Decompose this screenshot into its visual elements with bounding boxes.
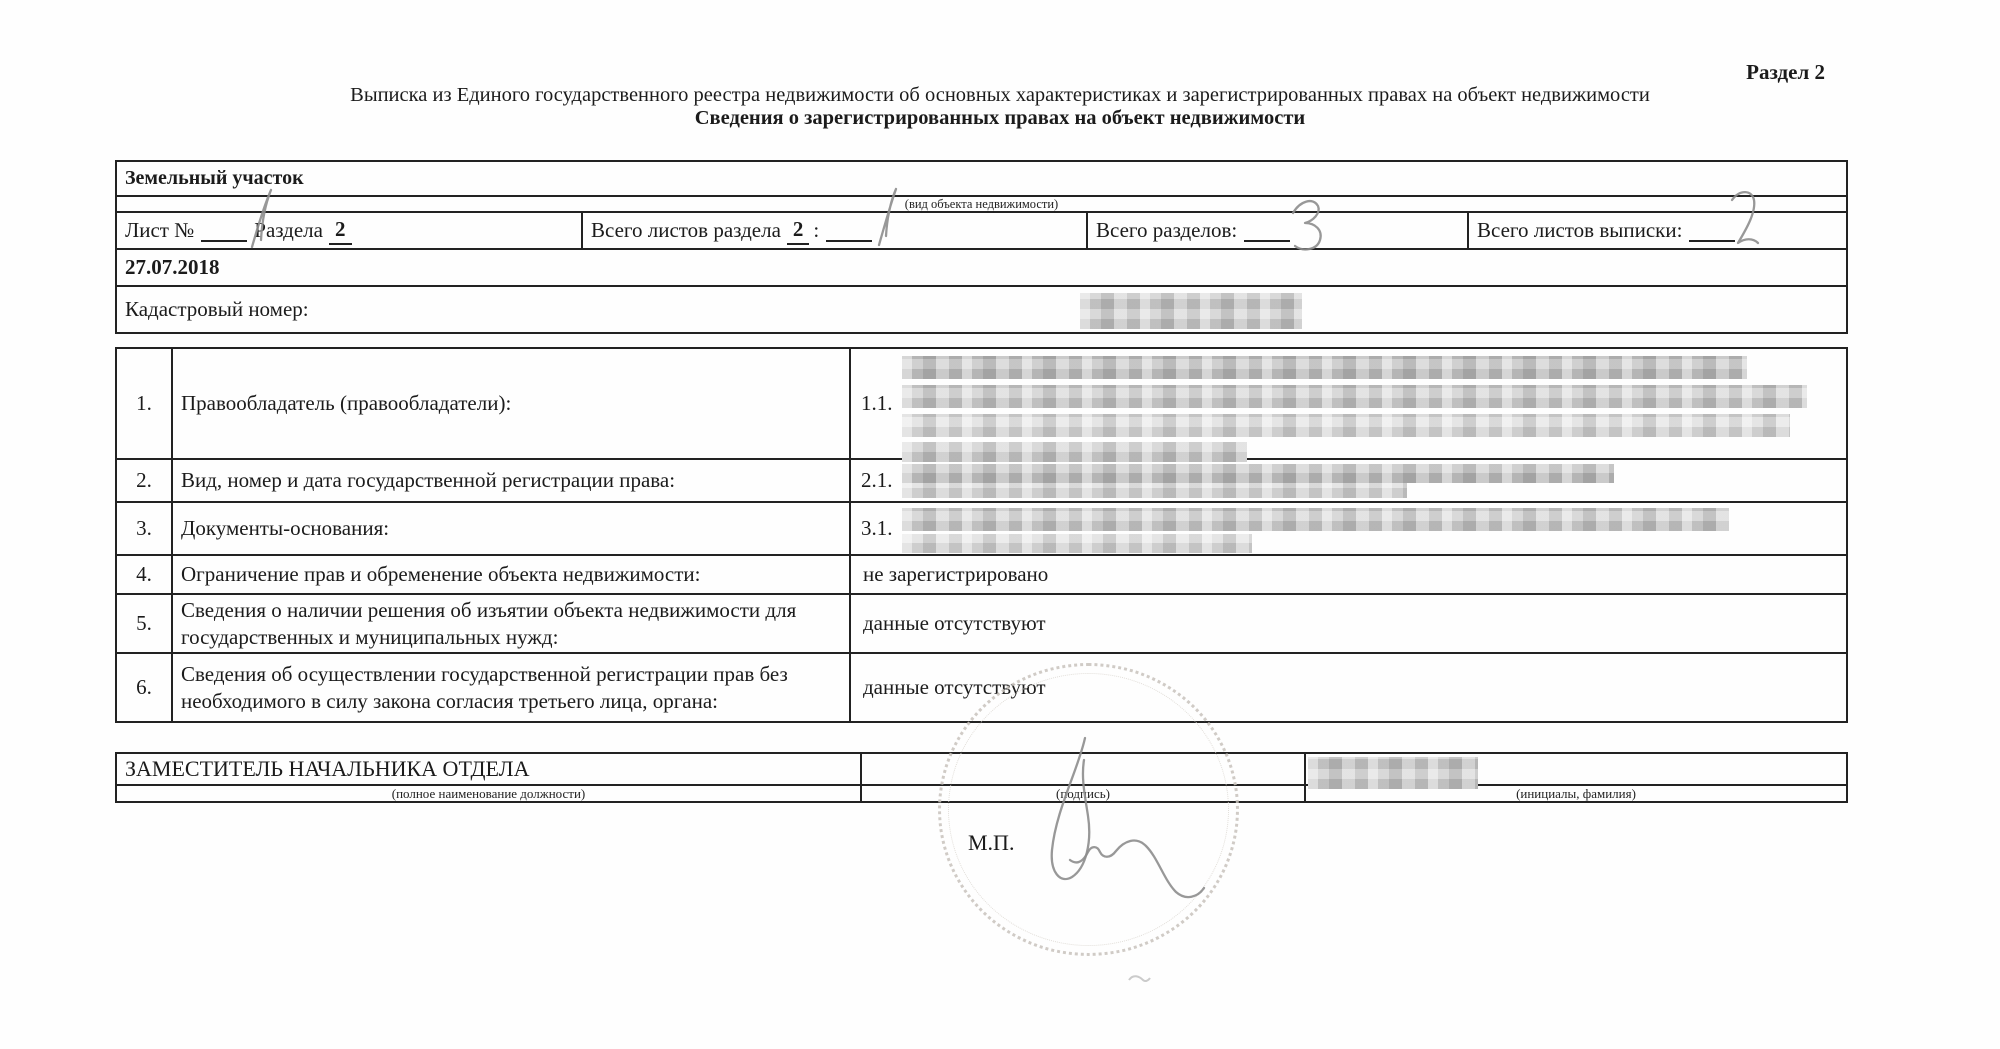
row-label: Ограничение прав и обременение объекта н…	[173, 556, 851, 593]
row-label: Документы-основания:	[173, 503, 851, 554]
row-value-cell: 3.1.	[851, 503, 1846, 554]
handwritten-sheet-number	[252, 190, 271, 247]
cadastral-number-cell: Кадастровый номер:	[117, 287, 1846, 332]
row-value: не зарегистрировано	[851, 556, 1846, 593]
row-sub-number: 2.1.	[861, 467, 893, 493]
row-sub-number: 3.1.	[861, 515, 893, 541]
scan-speck	[1125, 968, 1155, 988]
handwritten-total-sections	[1293, 201, 1321, 249]
document-title: Выписка из Единого государственного реес…	[0, 84, 2000, 107]
redacted-registration-line	[902, 483, 1407, 498]
redacted-documents-line	[902, 508, 1729, 531]
cadastral-number-row: Кадастровый номер:	[117, 287, 1846, 332]
row-sub-number: 1.1.	[861, 390, 893, 416]
redacted-rightholder-line	[902, 442, 1247, 462]
redacted-cadastral-number	[1080, 293, 1302, 329]
sheet-label: Лист №	[125, 217, 194, 243]
rights-table: 1. Правообладатель (правообладатели): 1.…	[115, 347, 1848, 723]
table-row: 3. Документы-основания: 3.1.	[117, 503, 1846, 556]
position-caption: (полное наименование должности)	[117, 786, 862, 801]
handwritten-total-sheets	[879, 189, 896, 245]
handwritten-digits-layer	[230, 180, 1790, 260]
name-caption: (инициалы, фамилия)	[1306, 786, 1846, 801]
row-number: 3.	[117, 503, 173, 554]
table-row: 2. Вид, номер и дата государственной рег…	[117, 460, 1846, 503]
redacted-documents-line	[902, 534, 1252, 553]
row-value-cell: 1.1.	[851, 349, 1846, 458]
row-label: Сведения об осуществлении государственно…	[173, 654, 851, 721]
cadastral-number-label: Кадастровый номер:	[125, 296, 309, 322]
row-value: данные отсутствуют	[851, 595, 1846, 652]
redacted-rightholder-line	[902, 414, 1790, 437]
redacted-rightholder-line	[902, 356, 1747, 379]
section-label: Раздел 2	[1600, 60, 1825, 85]
document-subtitle: Сведения о зарегистрированных правах на …	[0, 107, 2000, 130]
row-label: Вид, номер и дата государственной регист…	[173, 460, 851, 501]
redacted-official-name	[1308, 757, 1478, 789]
redacted-registration-line	[902, 464, 1614, 483]
table-row: 4. Ограничение прав и обременение объект…	[117, 556, 1846, 595]
row-value-cell: 2.1.	[851, 460, 1846, 501]
table-row: 1. Правообладатель (правообладатели): 1.…	[117, 349, 1846, 460]
redacted-rightholder-line	[902, 385, 1807, 408]
signature-ink-stroke	[1000, 700, 1280, 910]
scanned-document-page: Раздел 2 Выписка из Единого государствен…	[0, 0, 2000, 1049]
row-number: 6.	[117, 654, 173, 721]
date-text: 27.07.2018	[125, 254, 220, 280]
row-label: Правообладатель (правообладатели):	[173, 349, 851, 458]
row-label: Сведения о наличии решения об изъятии об…	[173, 595, 851, 652]
row-number: 1.	[117, 349, 173, 458]
row-number: 5.	[117, 595, 173, 652]
table-row: 5. Сведения о наличии решения об изъятии…	[117, 595, 1846, 654]
position-title-cell: ЗАМЕСТИТЕЛЬ НАЧАЛЬНИКА ОТДЕЛА	[117, 754, 862, 784]
row-number: 4.	[117, 556, 173, 593]
handwritten-total-extract-sheets	[1732, 192, 1758, 243]
name-cell	[1306, 754, 1846, 784]
row-number: 2.	[117, 460, 173, 501]
